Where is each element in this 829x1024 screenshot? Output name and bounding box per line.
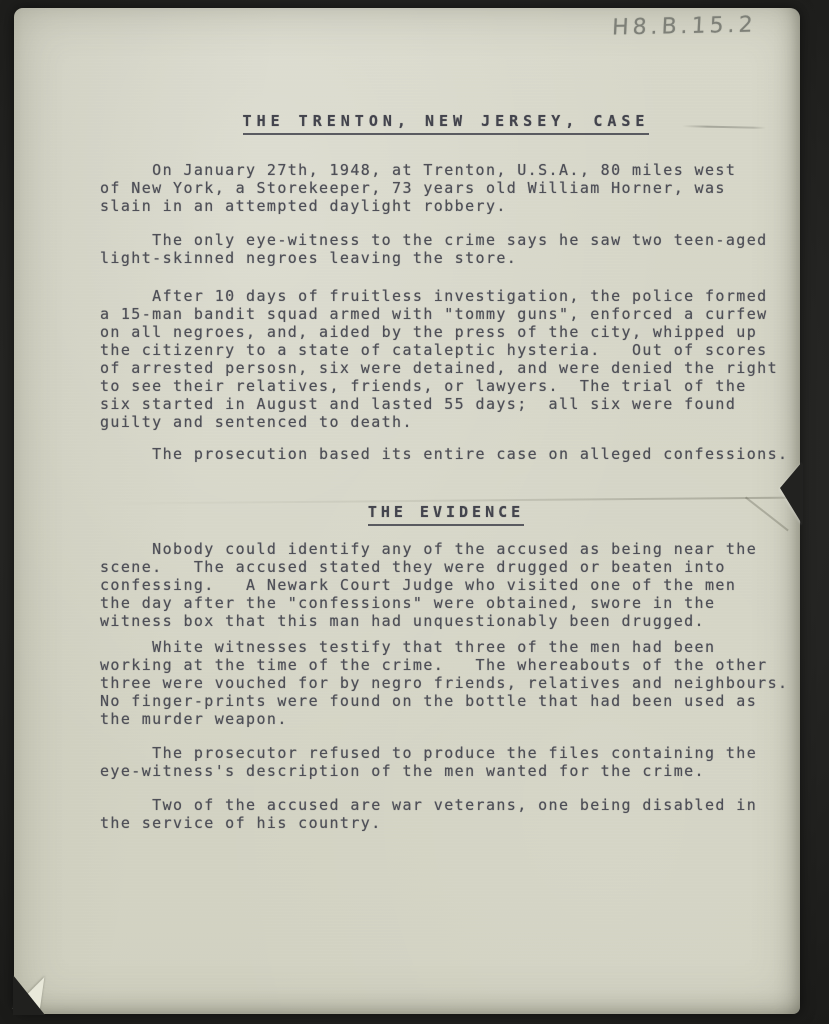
paragraph-eyewitness: The only eye-witness to the crime says h… <box>100 231 792 267</box>
paragraph-witnesses: White witnesses testify that three of th… <box>100 638 792 728</box>
paragraph-prosecution: The prosecution based its entire case on… <box>100 445 792 463</box>
paragraph-identification: Nobody could identify any of the accused… <box>100 540 792 630</box>
evidence-heading-row: THE EVIDENCE <box>100 503 792 526</box>
right-edge-tear <box>780 462 802 524</box>
paragraph-prosecutor-files: The prosecutor refused to produce the fi… <box>100 744 792 780</box>
pencil-reference-number: H8.B.15.2 <box>611 12 757 40</box>
document-paper: H8.B.15.2 THE TRENTON, NEW JERSEY, CASE … <box>14 8 800 1014</box>
evidence-section-heading: THE EVIDENCE <box>368 503 524 526</box>
corner-cut-shadow <box>13 975 45 1015</box>
paragraph-investigation: After 10 days of fruitless investigation… <box>100 287 792 431</box>
scan-background: H8.B.15.2 THE TRENTON, NEW JERSEY, CASE … <box>0 0 829 1024</box>
paragraph-war-veterans: Two of the accused are war veterans, one… <box>100 796 792 832</box>
document-content: THE TRENTON, NEW JERSEY, CASE On January… <box>100 112 792 832</box>
document-title: THE TRENTON, NEW JERSEY, CASE <box>243 112 650 135</box>
title-row: THE TRENTON, NEW JERSEY, CASE <box>100 112 792 135</box>
paragraph-case-intro: On January 27th, 1948, at Trenton, U.S.A… <box>100 161 792 215</box>
